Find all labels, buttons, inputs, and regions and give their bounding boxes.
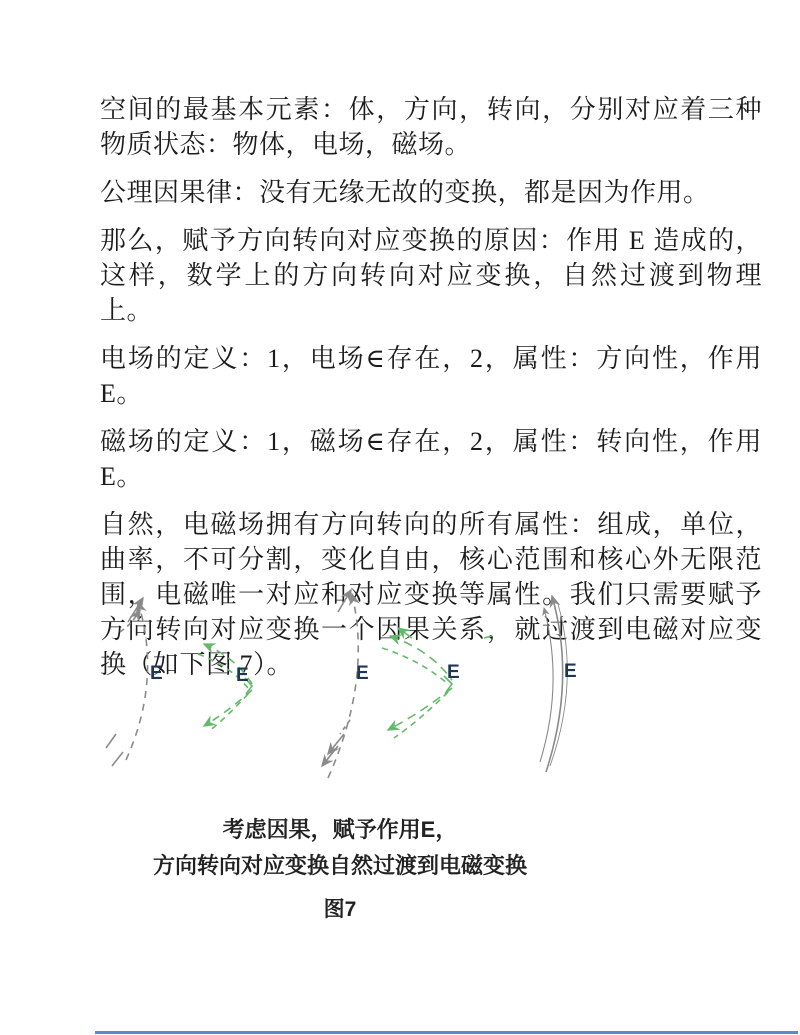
green-dashed-chevron-left bbox=[198, 644, 252, 732]
field-label-e-2: E bbox=[236, 666, 249, 685]
page-bottom-divider bbox=[95, 1031, 798, 1034]
figure-sketch-svg bbox=[100, 580, 600, 805]
document-page: 空间的最基本元素：体，方向，转向，分别对应着三种物质状态：物体，电场，磁场。 公… bbox=[0, 0, 800, 1035]
paragraph-space-elements: 空间的最基本元素：体，方向，转向，分别对应着三种物质状态：物体，电场，磁场。 bbox=[100, 92, 762, 162]
figure-number: 图7 bbox=[100, 893, 580, 923]
field-label-e-4: E bbox=[447, 663, 460, 682]
field-label-e-1: E bbox=[150, 664, 163, 683]
gray-dashed-arc-middle bbox=[322, 590, 358, 778]
green-dashed-chevron-middle bbox=[382, 628, 492, 738]
paragraph-electric-field-definition: 电场的定义：1，电场∈存在，2，属性：方向性，作用 E。 bbox=[100, 341, 762, 411]
figure-caption-line1: 考虑因果，赋予作用E， bbox=[100, 812, 580, 848]
solid-gray-arc-right bbox=[540, 596, 567, 772]
paragraph-magnetic-field-definition: 磁场的定义：1，磁场∈存在，2，属性：转向性，作用 E。 bbox=[100, 424, 762, 494]
field-label-e-5: E bbox=[564, 662, 577, 681]
figure-7-illustration: E E E E E bbox=[100, 580, 600, 805]
gray-dashed-arc-left bbox=[106, 598, 148, 766]
paragraph-causality-axiom: 公理因果律：没有无缘无故的变换，都是因为作用。 bbox=[100, 175, 762, 210]
field-label-e-3: E bbox=[356, 664, 369, 683]
paragraph-reason-for-transform: 那么，赋予方向转向对应变换的原因：作用 E 造成的，这样，数学上的方向转向对应变… bbox=[100, 223, 762, 328]
figure-caption: 考虑因果，赋予作用E， 方向转向对应变换自然过渡到电磁变换 bbox=[100, 812, 580, 884]
figure-caption-line2: 方向转向对应变换自然过渡到电磁变换 bbox=[100, 848, 580, 884]
